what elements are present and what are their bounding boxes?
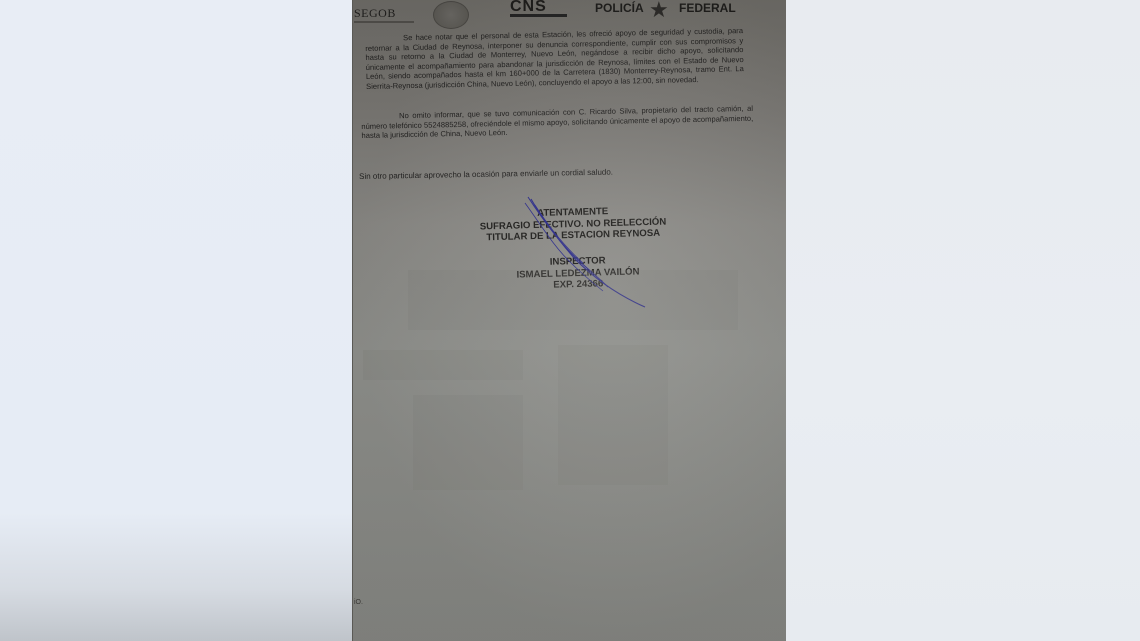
national-seal-icon	[433, 1, 469, 29]
police-star-icon: ★	[649, 0, 669, 23]
segob-logo: SEGOB	[354, 6, 396, 21]
paragraph-closing: Sin otro particular aprovecho la ocasión…	[359, 166, 719, 182]
document-page: SEGOB CNS POLICÍA ★ FEDERAL Se hace nota…	[352, 0, 786, 641]
paragraph-support-offer: Se hace notar que el personal de esta Es…	[365, 26, 744, 91]
bleedthrough-block	[363, 350, 523, 380]
viewer-background-right	[785, 0, 1140, 641]
policia-label: POLICÍA	[595, 1, 644, 15]
bleedthrough-block	[413, 395, 523, 490]
letterhead: SEGOB CNS POLICÍA ★ FEDERAL	[353, 0, 786, 28]
segob-subtitle	[354, 21, 414, 23]
bleedthrough-block	[408, 270, 738, 330]
closing-block: ATENTAMENTE SUFRAGIO EFECTIVO. NO REELEC…	[453, 204, 694, 245]
footer-mark: iO.	[354, 599, 363, 606]
federal-label: FEDERAL	[679, 1, 736, 15]
paragraph-communication: No omito informar, que se tuvo comunicac…	[361, 104, 754, 141]
cns-underline	[510, 14, 567, 17]
bleedthrough-block	[558, 345, 668, 485]
